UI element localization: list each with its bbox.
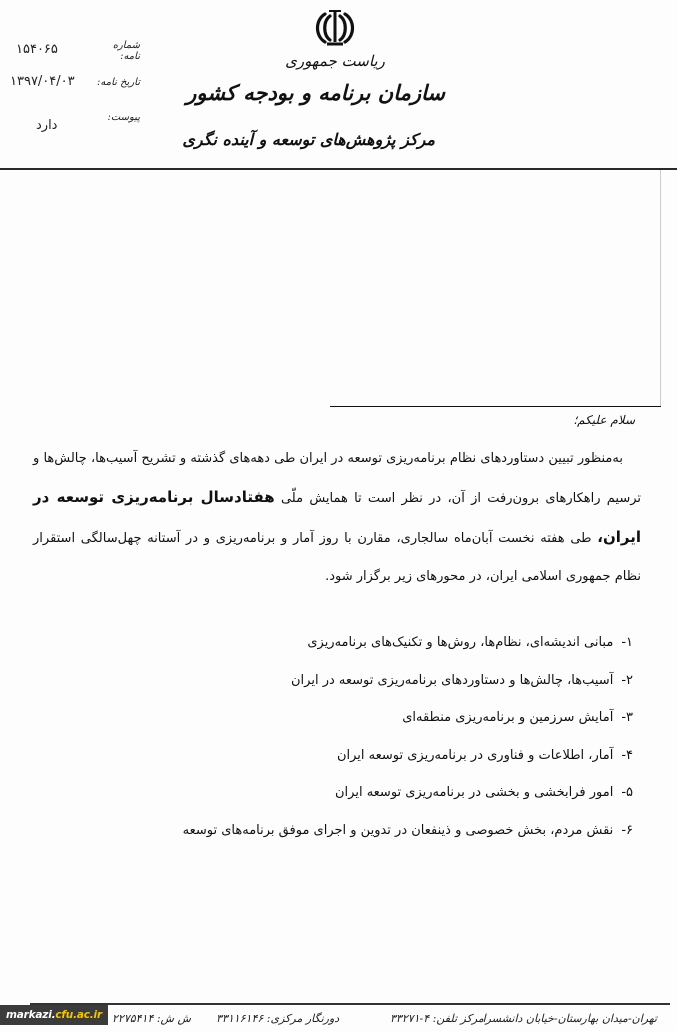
list-text: آسیب‌ها، چالش‌ها و دستاوردهای برنامه‌ریز… — [291, 673, 613, 688]
list-text: نقش مردم، بخش خصوصی و ذینفعان در تدوین و… — [183, 823, 614, 838]
list-number: ۶- — [621, 815, 633, 847]
list-item: ۲-آسیب‌ها، چالش‌ها و دستاوردهای برنامه‌ر… — [73, 665, 633, 703]
research-center-title: مرکز پژوهش‌های توسعه و آینده نگری — [235, 130, 435, 149]
footer-fax: دورنگار مرکزی: ۳۳۱۱۶۱۴۶ — [216, 1012, 339, 1025]
list-number: ۱- — [621, 627, 633, 659]
list-item: ۶-نقش مردم، بخش خصوصی و ذینفعان در تدوین… — [73, 815, 633, 853]
list-item: ۴-آمار، اطلاعات و فناوری در برنامه‌ریزی … — [73, 740, 633, 778]
footer-address: تهران-میدان بهارستان-خیابان دانشسرا — [483, 1012, 657, 1025]
recipient-divider — [330, 406, 661, 407]
list-text: آمار، اطلاعات و فناوری در برنامه‌ریزی تو… — [337, 748, 613, 763]
presidency-title: ریاست جمهوری — [260, 52, 410, 70]
list-number: ۴- — [621, 740, 633, 772]
list-text: امور فرابخشی و بخشی در برنامه‌ریزی توسعه… — [335, 785, 613, 800]
body-text-part2: طی هفته نخست آبان‌ماه سالجاری، مقارن با … — [33, 531, 641, 584]
list-item: ۱-مبانی اندیشه‌ای، نظام‌ها، روش‌ها و تکن… — [73, 627, 633, 665]
body-paragraph: به‌منظور تبیین دستاوردهای نظام برنامه‌ری… — [33, 440, 641, 596]
header-divider — [0, 168, 677, 170]
organization-title: سازمان برنامه و بودجه کشور — [225, 80, 445, 105]
list-number: ۲- — [621, 665, 633, 697]
list-item: ۳-آمایش سرزمین و برنامه‌ریزی منطقه‌ای — [73, 702, 633, 740]
iran-emblem-icon — [313, 8, 357, 48]
letter-number: ۱۵۴۰۶۵ — [16, 42, 126, 57]
list-text: مبانی اندیشه‌ای، نظام‌ها، روش‌ها و تکنیک… — [307, 635, 613, 650]
attachment-value: دارد — [36, 118, 146, 133]
watermark-domain: cfu.ac.ir — [55, 1009, 102, 1021]
list-number: ۵- — [621, 777, 633, 809]
topic-list: ۱-مبانی اندیشه‌ای، نظام‌ها، روش‌ها و تکن… — [73, 627, 633, 852]
salutation: سلام علیکم؛ — [573, 413, 635, 427]
letter-date: ۱۳۹۷/۰۴/۰۳ — [10, 74, 120, 89]
margin-divider — [660, 170, 661, 406]
site-watermark: markazi.cfu.ac.ir — [0, 1005, 108, 1025]
footer-divider — [30, 1003, 670, 1005]
footer-phone: مرکز تلفن: ۴-۳۳۲۷۱ — [390, 1012, 484, 1025]
footer-postal-code: ش ش: ۲۲۷۵۴۱۴ — [112, 1012, 191, 1025]
list-text: آمایش سرزمین و برنامه‌ریزی منطقه‌ای — [402, 710, 613, 725]
list-number: ۳- — [621, 702, 633, 734]
list-item: ۵-امور فرابخشی و بخشی در برنامه‌ریزی توس… — [73, 777, 633, 815]
watermark-prefix: markazi. — [6, 1009, 55, 1021]
